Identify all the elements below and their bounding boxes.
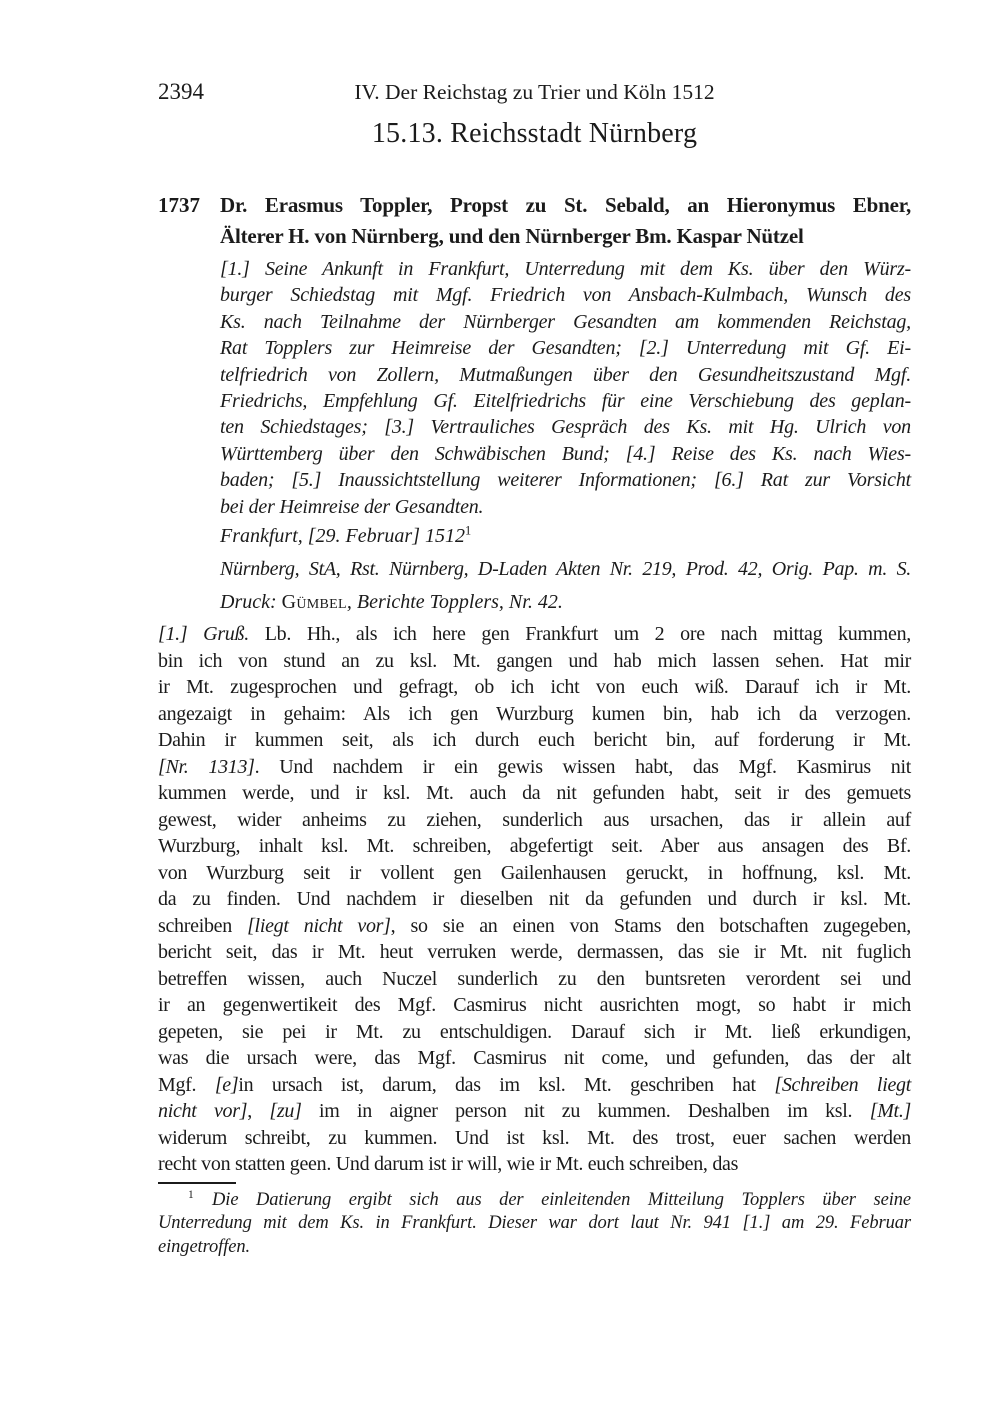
text-line: gewest, wider anheims zu ziehen, sunderl… <box>158 807 911 834</box>
superscript-marker: 1 <box>465 523 471 537</box>
text-line: [1.] Gruß. Lb. Hh., als ich here gen Fra… <box>158 621 911 648</box>
text-line: telfriedrich von Zollern, Mutmaßungen üb… <box>220 362 911 388</box>
text-line: Dr. Erasmus Toppler, Propst zu St. Sebal… <box>220 190 911 221</box>
text-line: Unterredung mit dem Ks. in Frankfurt. Di… <box>158 1212 911 1236</box>
italic-segment: [Schreiben liegt <box>774 1074 911 1096</box>
text-line: schreiben [liegt nicht vor], so sie an e… <box>158 913 911 940</box>
archive-reference: Nürnberg, StA, Rst. Nürnberg, D-Laden Ak… <box>220 556 911 582</box>
text-line: ir an gegenwertikeit des Mgf. Casmirus n… <box>158 992 911 1019</box>
text-line: Rat Topplers zur Heimreise der Gesandten… <box>220 335 911 361</box>
text-line: kummen werde, und ir ksl. Mt. auch da ni… <box>158 780 911 807</box>
text-line: ir Mt. zugesprochen und gefragt, ob ich … <box>158 674 911 701</box>
text-line: widerum schreibt, zu kummen. Und ist ksl… <box>158 1125 911 1152</box>
superscript-marker: 1 <box>188 1188 194 1200</box>
text-line: da zu finden. Und nachdem ir dieselben n… <box>158 886 911 913</box>
text-line: Älterer H. von Nürnberg, und den Nürnber… <box>220 221 911 252</box>
italic-segment: [Mt.] <box>870 1100 911 1122</box>
footnote: 1 Die Datierung ergibt sich aus der einl… <box>158 1189 911 1260</box>
text-line: 1 Die Datierung ergibt sich aus der einl… <box>158 1189 911 1213</box>
text-line: bin ich von stund an zu ksl. Mt. gangen … <box>158 648 911 675</box>
text-line: bei der Heimreise der Gesandten. <box>220 494 911 520</box>
text-line: Württemberg über den Schwäbischen Bund; … <box>220 441 911 467</box>
entry-summary: [1.] Seine Ankunft in Frankfurt, Unterre… <box>220 256 911 520</box>
footnote-separator <box>158 1182 236 1184</box>
text-line: recht von statten geen. Und darum ist ir… <box>158 1151 911 1178</box>
text-line: Mgf. [e]in ursach ist, darum, das im ksl… <box>158 1072 911 1099</box>
section-heading: 15.13. Reichsstadt Nürnberg <box>158 118 911 150</box>
text-line: ten Schiedstages; [3.] Vertrauliches Ges… <box>220 414 911 440</box>
text-line: [Nr. 1313]. Und nachdem ir ein gewis wis… <box>158 754 911 781</box>
page-number: 2394 <box>158 79 204 104</box>
italic-segment: nicht vor] <box>158 1100 247 1122</box>
small-caps-name: Gümbel <box>282 591 347 613</box>
text-line: [1.] Seine Ankunft in Frankfurt, Unterre… <box>220 256 911 282</box>
entry-title: Dr. Erasmus Toppler, Propst zu St. Sebal… <box>220 190 911 252</box>
running-head: IV. Der Reichstag zu Trier und Köln 1512 <box>354 80 714 104</box>
text-line: eingetroffen. <box>158 1236 911 1260</box>
text-line: baden; [5.] Inaussichtstellung weiterer … <box>220 467 911 493</box>
text-line: betreffen wissen, auch Nuczel sunderlich… <box>158 966 911 993</box>
text-line: Dahin ir kummen seit, als ich durch euch… <box>158 727 911 754</box>
page-header: 2394 IV. Der Reichstag zu Trier und Köln… <box>158 0 911 104</box>
book-page: 2394 IV. Der Reichstag zu Trier und Köln… <box>158 0 911 1259</box>
text-line: Ks. nach Teilnahme der Nürnberger Gesand… <box>220 309 911 335</box>
italic-segment: Druck: <box>220 591 282 613</box>
entry: 1737 Dr. Erasmus Toppler, Propst zu St. … <box>158 190 911 615</box>
italic-segment: Frankfurt, [29. Februar] 1512 <box>220 525 465 547</box>
dateline: Frankfurt, [29. Februar] 15121 <box>220 523 911 549</box>
text-line: angezaigt in gehaim: Als ich gen Wurzbur… <box>158 701 911 728</box>
entry-number: 1737 <box>158 190 200 221</box>
text-line: nicht vor], [zu] im in aigner person nit… <box>158 1098 911 1125</box>
text-line: was die ursach were, das Mgf. Casmirus n… <box>158 1045 911 1072</box>
italic-segment: [zu] <box>269 1100 301 1122</box>
text-line: Friedrichs, Empfehlung Gf. Eitelfriedric… <box>220 388 911 414</box>
text-line: bericht seit, das ir Mt. heut verruken w… <box>158 939 911 966</box>
italic-segment: [e] <box>215 1074 239 1096</box>
letter-body: [1.] Gruß. Lb. Hh., als ich here gen Fra… <box>158 621 911 1178</box>
italic-segment: [Nr. 1313] <box>158 756 255 778</box>
italic-segment: [liegt nicht vor] <box>247 915 391 937</box>
italic-segment: , Berichte Topplers, Nr. 42. <box>347 591 563 613</box>
italic-segment: [1.] Gruß. <box>158 623 249 645</box>
text-line: burger Schiedstag mit Mgf. Friedrich von… <box>220 282 911 308</box>
text-line: von Wurzburg seit ir vollent gen Gailenh… <box>158 860 911 887</box>
text-line: Wurzburg, inhalt ksl. Mt. schreiben, abg… <box>158 833 911 860</box>
print-reference: Druck: Gümbel, Berichte Topplers, Nr. 42… <box>220 589 911 615</box>
text-line: gepeten, sie pei ir Mt. zu entschuldigen… <box>158 1019 911 1046</box>
